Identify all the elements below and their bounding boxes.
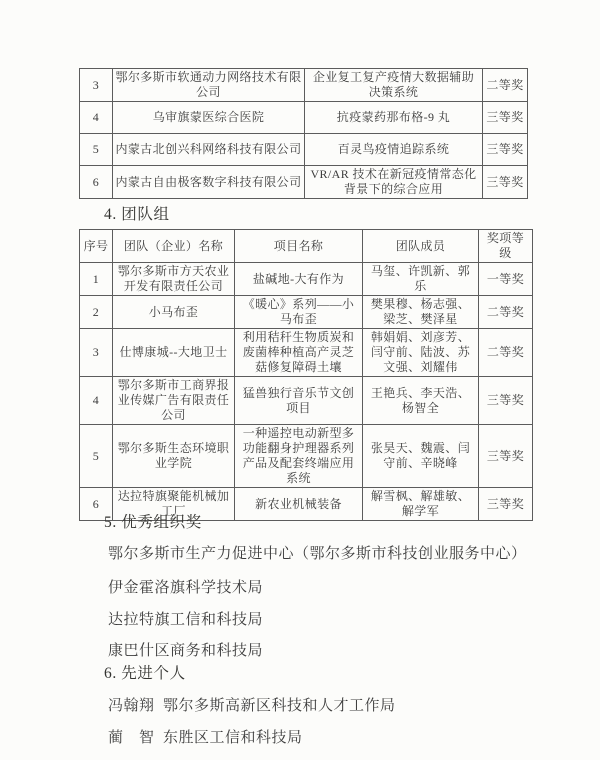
cell-name: 鄂尔多斯市方天农业开发有限责任公司 bbox=[113, 263, 235, 296]
cell-no: 5 bbox=[80, 425, 113, 488]
individual-item: 冯翰翔鄂尔多斯高新区科技和人才工作局 bbox=[108, 694, 396, 715]
table-row: 5鄂尔多斯生态环境职业学院一种遥控电动新型多功能翻身护理器系列产品及配套终端应用… bbox=[80, 425, 533, 488]
scanned-award-document-page: 3鄂尔多斯市软通动力网络技术有限公司企业复工复产疫情大数据辅助决策系统二等奖4乌… bbox=[0, 0, 600, 760]
org-award-item: 达拉特旗工信和科技局 bbox=[108, 608, 263, 629]
cell-project: 抗疫蒙药那布格-9 丸 bbox=[305, 102, 483, 134]
team-group-table: 序号 团队（企业）名称 项目名称 团队成员 奖项等级 1鄂尔多斯市方天农业开发有… bbox=[79, 229, 533, 521]
section-heading-organization-award: 5. 优秀组织奖 bbox=[104, 510, 202, 532]
cell-award: 三等奖 bbox=[483, 166, 528, 199]
individual-name: 冯翰翔 bbox=[108, 694, 154, 715]
table-row: 4鄂尔多斯市工商界报业传媒广告有限责任公司猛兽独行音乐节文创项目王艳兵、李天浩、… bbox=[80, 377, 533, 425]
cell-name: 乌审旗蒙医综合医院 bbox=[113, 102, 305, 134]
table-row: 1鄂尔多斯市方天农业开发有限责任公司盐碱地-大有作为马玺、许凯新、郭乐一等奖 bbox=[80, 263, 533, 296]
cell-name: 鄂尔多斯市工商界报业传媒广告有限责任公司 bbox=[113, 377, 235, 425]
org-award-item: 鄂尔多斯市生产力促进中心（鄂尔多斯市科技创业服务中心） bbox=[108, 542, 527, 563]
cell-project: 百灵鸟疫情追踪系统 bbox=[305, 134, 483, 166]
cell-no: 1 bbox=[80, 263, 113, 296]
individual-org: 鄂尔多斯高新区科技和人才工作局 bbox=[163, 698, 396, 714]
individual-item: 蔺 智东胜区工信和科技局 bbox=[108, 726, 303, 747]
cell-project: 一种遥控电动新型多功能翻身护理器系列产品及配套终端应用系统 bbox=[235, 425, 363, 488]
individual-name: 蔺 智 bbox=[108, 726, 154, 747]
cell-no: 3 bbox=[80, 69, 113, 102]
section-heading-advanced-individuals: 6. 先进个人 bbox=[104, 661, 186, 683]
table-row: 6内蒙古自由极客数字科技有限公司VR/AR 技术在新冠疫情常态化背景下的综合应用… bbox=[80, 166, 528, 199]
cell-members: 王艳兵、李天浩、杨智全 bbox=[363, 377, 479, 425]
cell-name: 仕博康城--大地卫士 bbox=[113, 329, 235, 377]
individual-org: 东胜区工信和科技局 bbox=[163, 730, 303, 746]
cell-members: 解雪枫、解雄敏、解学军 bbox=[363, 488, 479, 521]
cell-no: 3 bbox=[80, 329, 113, 377]
cell-members: 樊果穆、杨志强、梁芝、樊泽星 bbox=[363, 296, 479, 329]
table-header-row: 序号 团队（企业）名称 项目名称 团队成员 奖项等级 bbox=[80, 230, 533, 263]
cell-no: 2 bbox=[80, 296, 113, 329]
cell-no: 4 bbox=[80, 377, 113, 425]
cell-name: 鄂尔多斯生态环境职业学院 bbox=[113, 425, 235, 488]
cell-award: 三等奖 bbox=[483, 134, 528, 166]
cell-name: 小马布歪 bbox=[113, 296, 235, 329]
cell-project: 盐碱地-大有作为 bbox=[235, 263, 363, 296]
header-cell-members: 团队成员 bbox=[363, 230, 479, 263]
table-row: 2小马布歪《暖心》系列——小马布歪樊果穆、杨志强、梁芝、樊泽星二等奖 bbox=[80, 296, 533, 329]
cell-project: 利用秸秆生物质炭和废菌棒种植高产灵芝菇修复障碍土壤 bbox=[235, 329, 363, 377]
header-cell-project: 项目名称 bbox=[235, 230, 363, 263]
cell-award: 一等奖 bbox=[479, 263, 533, 296]
continued-awards-table: 3鄂尔多斯市软通动力网络技术有限公司企业复工复产疫情大数据辅助决策系统二等奖4乌… bbox=[79, 68, 528, 199]
cell-award: 二等奖 bbox=[479, 329, 533, 377]
table-row: 5内蒙古北创兴科网络科技有限公司百灵鸟疫情追踪系统三等奖 bbox=[80, 134, 528, 166]
section-heading-team-group: 4. 团队组 bbox=[104, 202, 170, 224]
cell-project: 《暖心》系列——小马布歪 bbox=[235, 296, 363, 329]
cell-award: 三等奖 bbox=[479, 488, 533, 521]
table-row: 4乌审旗蒙医综合医院抗疫蒙药那布格-9 丸三等奖 bbox=[80, 102, 528, 134]
cell-award: 三等奖 bbox=[479, 425, 533, 488]
cell-project: VR/AR 技术在新冠疫情常态化背景下的综合应用 bbox=[305, 166, 483, 199]
cell-members: 马玺、许凯新、郭乐 bbox=[363, 263, 479, 296]
cell-name: 内蒙古北创兴科网络科技有限公司 bbox=[113, 134, 305, 166]
cell-award: 二等奖 bbox=[483, 69, 528, 102]
cell-award: 三等奖 bbox=[479, 377, 533, 425]
cell-award: 二等奖 bbox=[479, 296, 533, 329]
header-cell-award: 奖项等级 bbox=[479, 230, 533, 263]
table-row: 3鄂尔多斯市软通动力网络技术有限公司企业复工复产疫情大数据辅助决策系统二等奖 bbox=[80, 69, 528, 102]
cell-project: 猛兽独行音乐节文创项目 bbox=[235, 377, 363, 425]
cell-award: 三等奖 bbox=[483, 102, 528, 134]
cell-no: 6 bbox=[80, 166, 113, 199]
cell-name: 内蒙古自由极客数字科技有限公司 bbox=[113, 166, 305, 199]
cell-name: 鄂尔多斯市软通动力网络技术有限公司 bbox=[113, 69, 305, 102]
cell-no: 4 bbox=[80, 102, 113, 134]
cell-project: 新农业机械装备 bbox=[235, 488, 363, 521]
table-row: 3仕博康城--大地卫士利用秸秆生物质炭和废菌棒种植高产灵芝菇修复障碍土壤韩娟娟、… bbox=[80, 329, 533, 377]
cell-no: 5 bbox=[80, 134, 113, 166]
cell-members: 韩娟娟、刘彦芳、闫守前、陆波、苏文强、刘耀伟 bbox=[363, 329, 479, 377]
header-cell-no: 序号 bbox=[80, 230, 113, 263]
header-cell-name: 团队（企业）名称 bbox=[113, 230, 235, 263]
cell-project: 企业复工复产疫情大数据辅助决策系统 bbox=[305, 69, 483, 102]
org-award-item: 伊金霍洛旗科学技术局 bbox=[108, 576, 263, 597]
cell-members: 张昊天、魏震、闫守前、辛晓峰 bbox=[363, 425, 479, 488]
org-award-item: 康巴什区商务和科技局 bbox=[108, 639, 263, 660]
